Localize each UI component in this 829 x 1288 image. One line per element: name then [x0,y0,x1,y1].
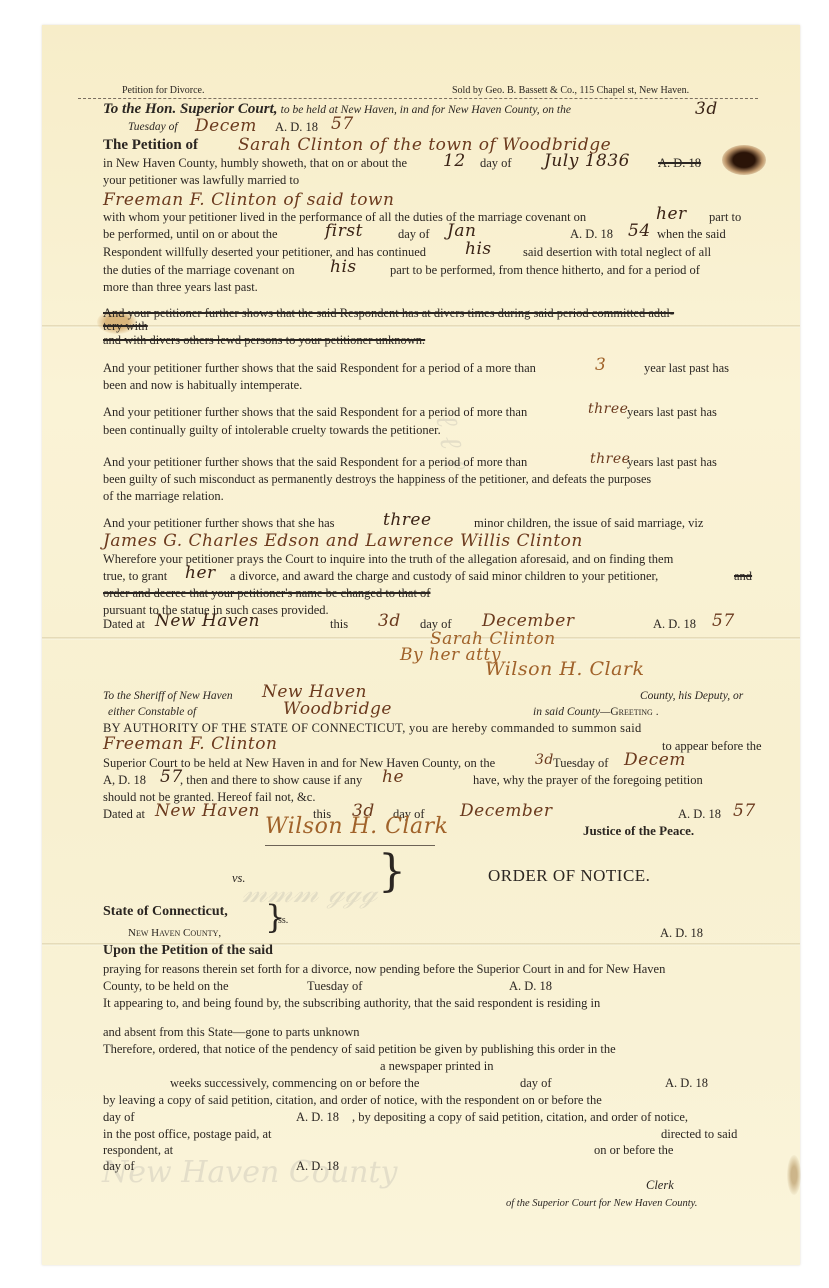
hw-summon-name: Freeman F. Clinton [103,735,277,753]
misconduct-clause: And your petitioner further shows that t… [103,455,527,470]
publisher-line: Sold by Geo. B. Bassett & Co., 115 Chape… [452,83,689,98]
edge-stain [787,1155,801,1195]
order-notice-title: ORDER OF NOTICE. [488,868,650,883]
hw-respondent: Freeman F. Clinton of said town [103,191,394,209]
struck-adultery: And your petitioner further shows that t… [103,306,674,321]
children-clause: And your petitioner further shows that s… [103,516,335,531]
ink-stain [722,145,766,175]
hw-marriage-day: 12 [443,152,466,170]
bleed-through: New Haven County [102,1155,398,1190]
hw-year: 57 [331,115,354,133]
bleed-through: 𝓂𝓂𝓂 ℊℊℊ [242,875,377,910]
hw-court-tuesday: 3d [695,100,718,118]
brace: } [378,850,406,894]
fold-line [42,325,800,328]
hw-month: Decem [195,117,257,135]
header-divider [78,98,758,99]
signature-rule [265,845,435,846]
signature-attorney: Wilson H. Clark [485,660,645,678]
intemperance-clause: And your petitioner further shows that t… [103,361,536,376]
hw-children-names: James G. Charles Edson and Lawrence Will… [103,532,583,550]
cruelty-clause: And your petitioner further shows that t… [103,405,527,420]
fold-line [42,637,800,640]
hw-marriage-date: July 1836 [544,152,630,170]
court-heading: To the Hon. Superior Court, [103,101,278,117]
signature-justice: Wilson H. Clark [265,818,449,836]
form-title: Petition for Divorce. [122,83,204,98]
petition-of: The Petition of [103,138,198,153]
